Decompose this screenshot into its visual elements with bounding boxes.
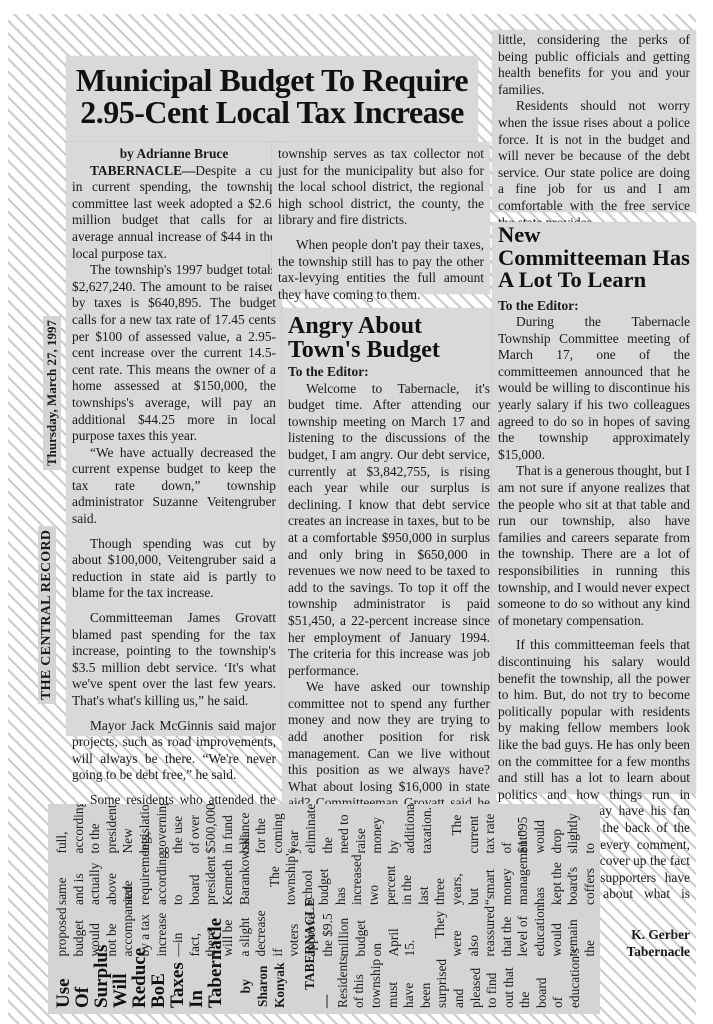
boe-article-headline: Use Of Surplus Will Reduce BoE Taxes In … bbox=[54, 965, 225, 1009]
letter-new-committeeman: New Committeeman Has A Lot To Learn To t… bbox=[492, 222, 696, 794]
main-article-continuation: township serves as tax collector not jus… bbox=[278, 146, 484, 229]
boe-article-clip: Use Of Surplus Will Reduce BoE Taxes In … bbox=[48, 804, 600, 1014]
main-article-byline: by Adrianne Bruce bbox=[72, 146, 276, 163]
letter-angry-salutation: To the Editor: bbox=[288, 364, 490, 381]
letter-angry-about-budget: Angry About Town's Budget To the Editor:… bbox=[282, 308, 496, 808]
letter-committeeman-paragraph: That is a generous thought, but I am not… bbox=[498, 463, 690, 629]
main-article-paragraph: Committeeman James Grovatt blamed past s… bbox=[72, 610, 276, 710]
publication-name: THE CENTRAL RECORD bbox=[38, 526, 56, 704]
letter-committeeman-paragraph: During the Tabernacle Township Committee… bbox=[498, 314, 690, 463]
main-article-column-2: township serves as tax collector not jus… bbox=[272, 142, 490, 294]
letter-angry-continuation-paragraph: Residents should not worry when the issu… bbox=[498, 98, 690, 231]
boe-article: Use Of Surplus Will Reduce BoE Taxes In … bbox=[48, 804, 600, 1014]
main-article-paragraph: The township's 1997 budget totals $2,627… bbox=[72, 262, 276, 445]
main-article-paragraph: Though spending was cut by about $100,00… bbox=[72, 536, 276, 602]
main-article-column-1: by Adrianne Bruce TABERNACLE—Despite a c… bbox=[66, 142, 282, 736]
letter-angry-continuation-paragraph: little, considering the perks of being p… bbox=[498, 32, 690, 98]
letter-angry-headline: Angry About Town's Budget bbox=[288, 314, 490, 362]
main-article-headline: Municipal Budget To Require 2.95-Cent Lo… bbox=[66, 64, 478, 128]
boe-article-byline: by Sharon Konyak bbox=[238, 965, 288, 1009]
main-article-continuation: When people don't pay their taxes, the t… bbox=[278, 237, 484, 303]
main-article-headline-clip: Municipal Budget To Require 2.95-Cent Lo… bbox=[66, 56, 478, 150]
letter-committeeman-salutation: To the Editor: bbox=[498, 298, 690, 315]
main-article-paragraph: TABERNACLE—Despite a cut in current spen… bbox=[72, 163, 276, 263]
letter-angry-continuation: little, considering the perks of being p… bbox=[492, 30, 696, 212]
letter-committeeman-headline: New Committeeman Has A Lot To Learn bbox=[498, 224, 690, 292]
main-article-dateline: TABERNACLE— bbox=[90, 163, 195, 178]
main-article-paragraph: “We have actually decreased the current … bbox=[72, 445, 276, 528]
main-article-paragraph: Mayor Jack McGinnis said major projects,… bbox=[72, 718, 276, 784]
letter-angry-paragraph: Welcome to Tabernacle, it's budget time.… bbox=[288, 381, 490, 680]
publication-date: Thursday, March 27, 1997 bbox=[43, 316, 61, 470]
